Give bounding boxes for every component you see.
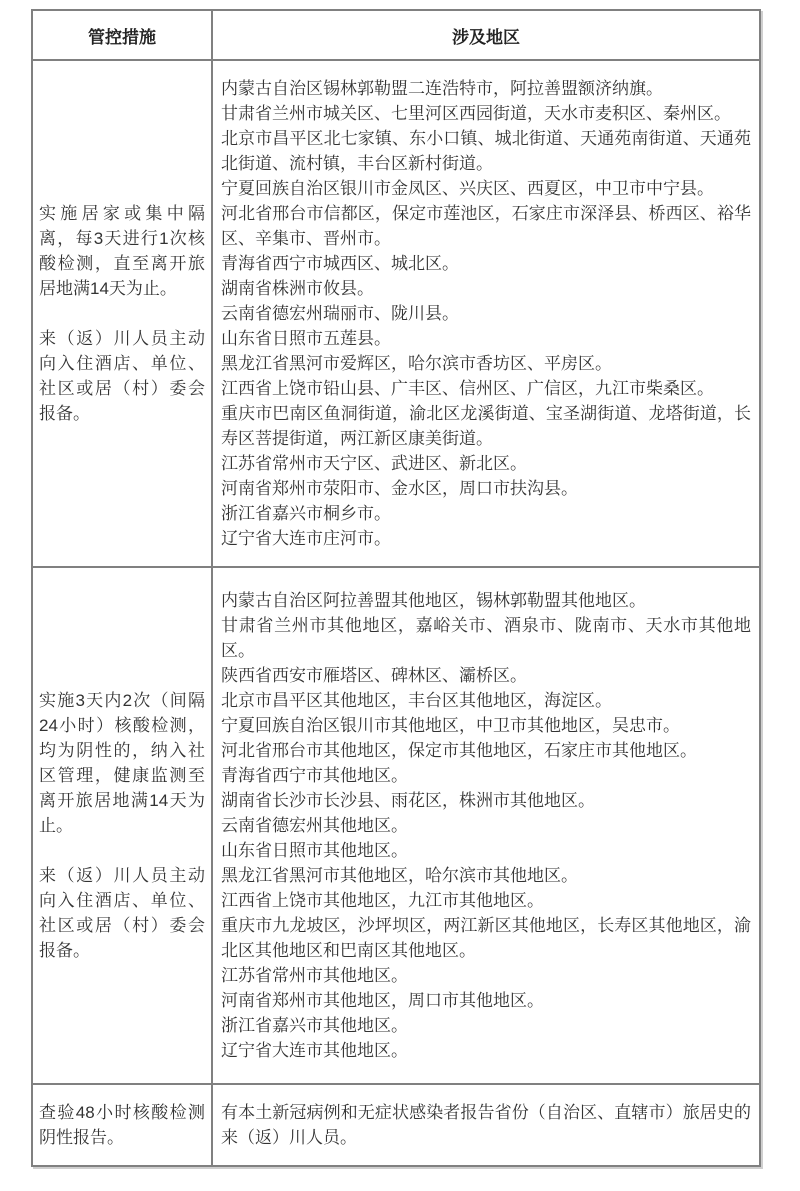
measure-cell-two-tests: 实施3天内2次（间隔24小时）核酸检测，均为阴性的，纳入社区管理，健康监测至离开… (32, 567, 212, 1084)
table-row-negative-report: 查验48小时核酸检测阴性报告。 有本土新冠病例和无症状感染者报告省份（自治区、直… (32, 1084, 760, 1166)
region-line: 辽宁省大连市其他地区。 (221, 1038, 751, 1063)
region-line: 北京市昌平区北七家镇、东小口镇、城北街道、天通苑南街道、天通苑北街道、流村镇，丰… (221, 126, 751, 176)
region-line: 云南省德宏州瑞丽市、陇川县。 (221, 301, 751, 326)
region-line: 黑龙江省黑河市爱辉区，哈尔滨市香坊区、平房区。 (221, 351, 751, 376)
region-line: 内蒙古自治区锡林郭勒盟二连浩特市，阿拉善盟额济纳旗。 (221, 76, 751, 101)
control-measures-table: 管控措施 涉及地区 实施居家或集中隔离，每3天进行1次核酸检测，直至离开旅居地满… (31, 9, 761, 1167)
region-line: 河北省邢台市信都区，保定市莲池区，石家庄市深泽县、桥西区、裕华区、辛集市、晋州市… (221, 201, 751, 251)
region-line: 江西省上饶市其他地区，九江市其他地区。 (221, 888, 751, 913)
region-line: 陕西省西安市雁塔区、碑林区、灞桥区。 (221, 663, 751, 688)
region-line: 青海省西宁市城西区、城北区。 (221, 251, 751, 276)
region-line: 河南省郑州市其他地区，周口市其他地区。 (221, 988, 751, 1013)
measure-paragraph: 来（返）川人员主动向入住酒店、单位、社区或居（村）委会报备。 (39, 326, 205, 426)
region-line: 重庆市九龙坡区，沙坪坝区，两江新区其他地区，长寿区其他地区，渝北区其他地区和巴南… (221, 913, 751, 963)
region-line: 江西省上饶市铅山县、广丰区、信州区、广信区，九江市柴桑区。 (221, 376, 751, 401)
region-line: 北京市昌平区其他地区，丰台区其他地区，海淀区。 (221, 688, 751, 713)
region-line: 重庆市巴南区鱼洞街道，渝北区龙溪街道、宝圣湖街道、龙塔街道，长寿区菩提街道，两江… (221, 401, 751, 451)
region-line: 黑龙江省黑河市其他地区，哈尔滨市其他地区。 (221, 863, 751, 888)
region-line: 甘肃省兰州市城关区、七里河区西园街道，天水市麦积区、秦州区。 (221, 101, 751, 126)
region-line: 山东省日照市五莲县。 (221, 326, 751, 351)
region-line: 宁夏回族自治区银川市金凤区、兴庆区、西夏区，中卫市中宁县。 (221, 176, 751, 201)
table-header-row: 管控措施 涉及地区 (32, 10, 760, 60)
region-line: 浙江省嘉兴市桐乡市。 (221, 501, 751, 526)
regions-cell-home-quarantine: 内蒙古自治区锡林郭勒盟二连浩特市，阿拉善盟额济纳旗。 甘肃省兰州市城关区、七里河… (212, 60, 760, 567)
measure-paragraph: 实施居家或集中隔离，每3天进行1次核酸检测，直至离开旅居地满14天为止。 (39, 201, 205, 301)
region-line: 有本土新冠病例和无症状感染者报告省份（自治区、直辖市）旅居史的来（返）川人员。 (221, 1100, 751, 1150)
region-line: 湖南省株洲市攸县。 (221, 276, 751, 301)
table-row-home-quarantine: 实施居家或集中隔离，每3天进行1次核酸检测，直至离开旅居地满14天为止。 来（返… (32, 60, 760, 567)
region-line: 浙江省嘉兴市其他地区。 (221, 1013, 751, 1038)
measure-cell-negative-report: 查验48小时核酸检测阴性报告。 (32, 1084, 212, 1166)
region-line: 江苏省常州市其他地区。 (221, 963, 751, 988)
table-row-two-tests: 实施3天内2次（间隔24小时）核酸检测，均为阴性的，纳入社区管理，健康监测至离开… (32, 567, 760, 1084)
region-line: 宁夏回族自治区银川市其他地区，中卫市其他地区，吴忠市。 (221, 713, 751, 738)
header-affected-regions: 涉及地区 (212, 10, 760, 60)
region-line: 内蒙古自治区阿拉善盟其他地区，锡林郭勒盟其他地区。 (221, 588, 751, 613)
region-line: 辽宁省大连市庄河市。 (221, 526, 751, 551)
region-line: 湖南省长沙市长沙县、雨花区，株洲市其他地区。 (221, 788, 751, 813)
regions-cell-two-tests: 内蒙古自治区阿拉善盟其他地区，锡林郭勒盟其他地区。 甘肃省兰州市其他地区，嘉峪关… (212, 567, 760, 1084)
regions-cell-negative-report: 有本土新冠病例和无症状感染者报告省份（自治区、直辖市）旅居史的来（返）川人员。 (212, 1084, 760, 1166)
region-line: 云南省德宏州其他地区。 (221, 813, 751, 838)
measure-paragraph: 查验48小时核酸检测阴性报告。 (39, 1100, 205, 1150)
measure-cell-home-quarantine: 实施居家或集中隔离，每3天进行1次核酸检测，直至离开旅居地满14天为止。 来（返… (32, 60, 212, 567)
region-line: 山东省日照市其他地区。 (221, 838, 751, 863)
header-control-measures: 管控措施 (32, 10, 212, 60)
region-line: 河北省邢台市其他地区，保定市其他地区，石家庄市其他地区。 (221, 738, 751, 763)
measure-paragraph: 实施3天内2次（间隔24小时）核酸检测，均为阴性的，纳入社区管理，健康监测至离开… (39, 688, 205, 838)
region-line: 青海省西宁市其他地区。 (221, 763, 751, 788)
region-line: 江苏省常州市天宁区、武进区、新北区。 (221, 451, 751, 476)
measure-paragraph: 来（返）川人员主动向入住酒店、单位、社区或居（村）委会报备。 (39, 863, 205, 963)
page-background: 管控措施 涉及地区 实施居家或集中隔离，每3天进行1次核酸检测，直至离开旅居地满… (0, 0, 800, 1191)
region-line: 甘肃省兰州市其他地区，嘉峪关市、酒泉市、陇南市、天水市其他地区。 (221, 613, 751, 663)
region-line: 河南省郑州市荥阳市、金水区，周口市扶沟县。 (221, 476, 751, 501)
